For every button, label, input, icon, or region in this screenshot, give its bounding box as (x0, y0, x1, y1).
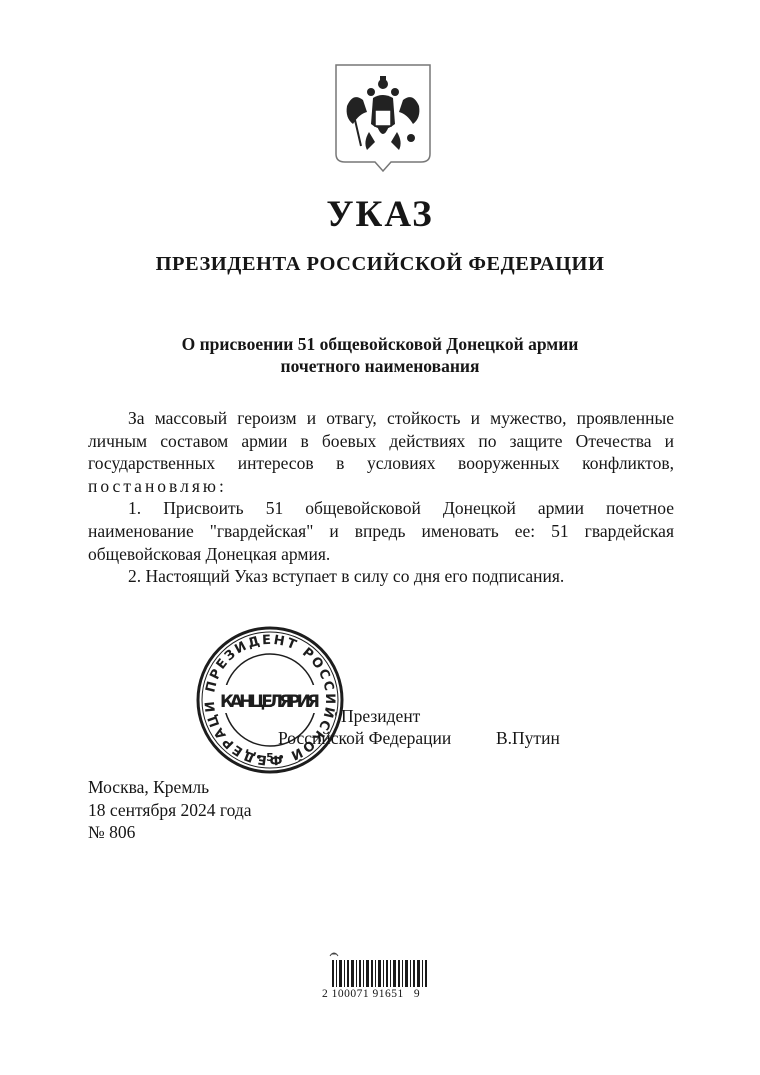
decree-body: За массовый героизм и отвагу, стойкость … (88, 407, 674, 588)
preamble-text: За массовый героизм и отвагу, стойкость … (88, 408, 674, 473)
decree-date: 18 сентября 2024 года (88, 799, 252, 822)
decree-place-date: Москва, Кремль 18 сентября 2024 года № 8… (88, 776, 252, 844)
svg-text:• 5 •: • 5 • (255, 751, 284, 764)
decree-item-2: 2. Настоящий Указ вступает в силу со дня… (88, 565, 674, 588)
preamble-paragraph: За массовый героизм и отвагу, стойкость … (88, 407, 674, 497)
decree-word: постановляю: (88, 476, 227, 496)
signature-title-line1: Президент (341, 706, 420, 727)
decree-number: № 806 (88, 821, 252, 844)
barcode-number: 2 100071 91651 9 (322, 988, 420, 1000)
svg-text:КАНЦЕЛЯРИЯ: КАНЦЕЛЯРИЯ (220, 692, 320, 712)
decree-heading-line1: О присвоении 51 общевойсковой Донецкой а… (0, 333, 760, 355)
document-title: УКАЗ (0, 193, 760, 236)
signature-name: В.Путин (496, 728, 560, 749)
decree-heading: О присвоении 51 общевойсковой Донецкой а… (0, 333, 760, 377)
russian-coat-of-arms-icon (333, 62, 433, 174)
decree-place: Москва, Кремль (88, 776, 252, 799)
decree-item-1: 1. Присвоить 51 общевойсковой Донецкой а… (88, 497, 674, 565)
chancellery-stamp: ПРЕЗИДЕНТ РОССИЙСКОЙ ФЕДЕРАЦИИ КАНЦЕЛЯРИ… (195, 625, 345, 775)
document-subtitle: ПРЕЗИДЕНТА РОССИЙСКОЙ ФЕДЕРАЦИИ (0, 253, 760, 276)
decree-heading-line2: почетного наименования (0, 355, 760, 377)
signature-title-line2: Российской Федерации (278, 728, 451, 749)
